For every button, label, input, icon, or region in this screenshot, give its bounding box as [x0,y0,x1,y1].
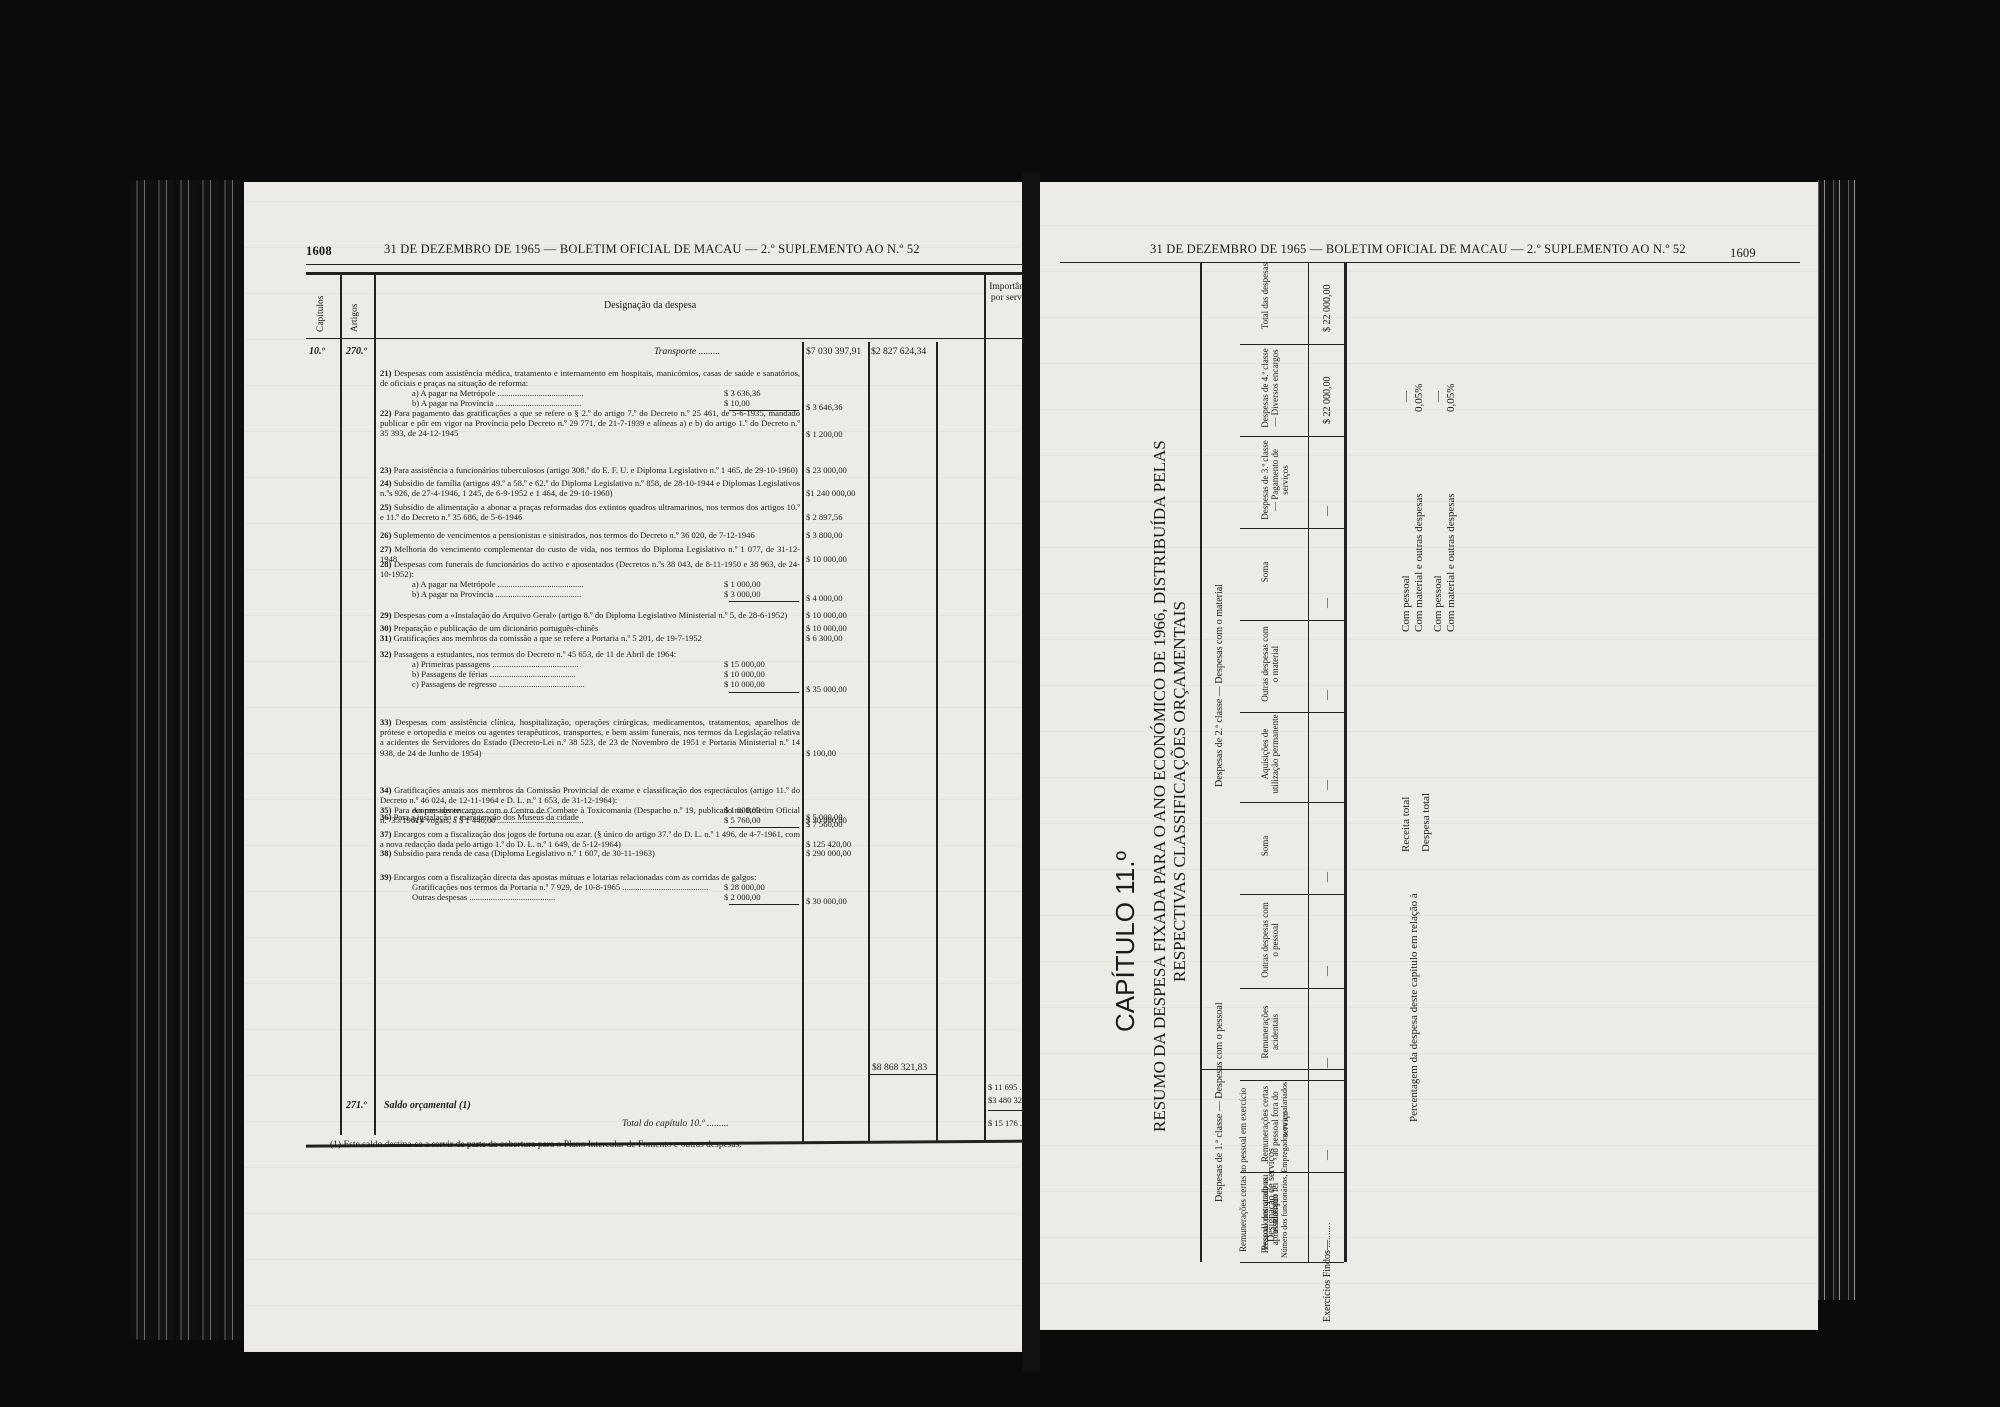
sub-item-label: b) A pagar na Província ................… [412,398,712,408]
entry-amount: $ 5 000,00 [806,812,843,822]
sub-item-value: $ 15 000,00 [724,659,765,669]
despesa-com-material: Com material e outras despesas [1445,493,1457,632]
entry-number: 33) [380,717,395,727]
entry-amount: $ 290 000,00 [806,848,851,858]
artigo-271: 271.º [346,1100,367,1111]
expense-entry: 22) Para pagamento das gratificações a q… [374,408,800,439]
sub-item-label: a) A pagar na Metrópole ................… [412,388,712,398]
column-header-numero: Número dos funcionários, Empregados ou a… [1280,1082,1289,1258]
footnote: (1) Este saldo destina-se a servir de pa… [330,1140,742,1150]
sub-item-value: $ 2 000,00 [724,892,761,902]
page-number-right: 1609 [1730,246,1756,261]
artigo-number: 270.º [346,346,367,357]
chapter-subtitle-line-2: RESPECTIVAS CLASSIFICAÇÕES ORÇAMENTAIS [1170,601,1190,982]
entry-number: 34) [380,785,394,795]
group-header-2a-classe: Despesas de 2.ª classe — Despesas com o … [1214,584,1225,787]
running-head-left: 31 DE DEZEMBRO DE 1965 — BOLETIM OFICIAL… [384,242,920,257]
column-header-designacao: Designação da despesa [604,300,696,311]
despesa-total-label: Despesa total [1420,793,1432,852]
summary-column-header: Soma [1260,806,1270,886]
entry-amount: $ 23 000,00 [806,465,847,475]
page-number-left: 1608 [306,244,332,259]
entry-amount: $ 10 000,00 [806,610,847,620]
transporte-value-2: $2 827 624,34 [871,346,926,357]
group-header-1a-classe: Despesas de 1.ª classe — Despesas com o … [1214,1002,1225,1202]
book-gutter [1022,172,1040,1372]
summary-cell-value: — [1322,780,1333,790]
entry-text: Encargos com a fiscalização directa das … [394,872,757,882]
entry-text: Para a instalação e manutenção dos Museu… [394,812,579,822]
entry-amount: $ 6 300,00 [806,633,843,643]
sub-item-label: b) Passagens de férias .................… [412,669,712,679]
entry-text: Gratificações aos membros da comissão a … [394,633,702,643]
summary-column-header: Total das despesas [1260,256,1270,336]
expense-entry: 29) Despesas com a «Instalação do Arquiv… [374,610,800,620]
despesa-pessoal-value: — [1432,391,1444,402]
entry-amount: $ 3 646,36 [806,402,843,412]
servicos-total: $ 11 695 ... [988,1082,1026,1092]
entry-text: Suplemento de vencimentos a pensionistas… [394,530,755,540]
percentagem-label: Percentagem da despesa deste capítulo em… [1408,893,1420,1122]
sub-item-label: c) Passagens de regresso ...............… [412,679,712,689]
subgroup-remuneracoes: Remunerações certas ao pessoal em exercí… [1238,1088,1248,1252]
sub-item-value: $ 10,00 [724,398,750,408]
summary-column-header: Outras despesas com o pessoal [1260,900,1280,980]
summary-cell-value: — [1322,872,1333,882]
receita-pessoal-value: — [1400,391,1412,402]
expense-entry: 32) Passagens a estudantes, nos termos d… [374,649,800,659]
expense-entry: 36) Para a instalação e manutenção dos M… [374,812,800,822]
summary-column-header: Soma [1260,532,1270,612]
sub-item-label: Gratificações nos termos da Portaria n.º… [412,882,712,892]
total-capitulo-value: $ 15 176 ... [988,1118,1026,1128]
summary-column-header: Despesas de 3.ª classe — Pagamento de se… [1260,440,1290,520]
summary-cell-value: $ 22 000,00 [1322,285,1333,333]
left-page: 1608 31 DE DEZEMBRO DE 1965 — BOLETIM OF… [244,182,1024,1352]
summary-cell-value: — [1322,506,1333,516]
entry-number: 28) [380,559,394,569]
entry-amount: $1 240 000,00 [806,488,855,498]
capitulo-number: 10.º [309,346,325,357]
entry-number: 38) [380,848,394,858]
summary-cell-value: — [1322,690,1333,700]
entry-amount: $ 3 800,00 [806,530,843,540]
expense-entry: 21) Despesas com assistência médica, tra… [374,368,800,388]
summary-column-header: Remunerações acidentais [1260,992,1280,1072]
entry-number: 29) [380,610,394,620]
sub-item-value: $ 28 000,00 [724,882,765,892]
entry-number: 23) [380,465,394,475]
entry-text: Encargos com a fiscalização dos jogos de… [380,829,800,849]
chapter-title: CAPÍTULO 11.º [1110,851,1141,1032]
expense-entry: 33) Despesas com assistência clínica, ho… [374,717,800,758]
sub-item-label: a) A pagar na Metrópole ................… [412,579,712,589]
entry-number: 30) [380,623,394,633]
receita-material-value: 0,05% [1413,384,1425,412]
transporte-value-1: $7 030 397,91 [806,346,861,357]
entry-amount: $ 2 897,56 [806,512,843,522]
entry-number: 37) [380,829,394,839]
right-page: 31 DE DEZEMBRO DE 1965 — BOLETIM OFICIAL… [1040,182,1818,1330]
entry-text: Despesas com a «Instalação do Arquivo Ge… [394,610,788,620]
sub-item-value: $ 3 636,36 [724,388,761,398]
sub-item-value: $ 3 000,00 [724,589,761,599]
entry-text: Subsídio para renda de casa (Diploma Leg… [394,848,655,858]
entry-number: 32) [380,649,394,659]
entry-number: 36) [380,812,394,822]
expense-entry: 23) Para assistência a funcionários tube… [374,465,800,475]
expense-entry: 39) Encargos com a fiscalização directa … [374,872,800,882]
expense-entry: 38) Subsídio para renda de casa (Diploma… [374,848,800,858]
transporte-label: Transporte ......... [654,346,720,357]
column-header-designacao-servicos: Designação de serviços [1266,1148,1277,1242]
entry-text: Para assistência a funcionários tubercul… [394,465,798,475]
entry-number: 31) [380,633,394,643]
entry-amount: $ 4 000,00 [806,593,843,603]
row-exercicios-findos: Exercícios Findos .......... [1322,1223,1333,1322]
book-page-edges-left [130,180,245,1340]
entry-text: Subsídio de família (artigos 49.º a 58.º… [380,478,800,498]
sub-item-value: $ 1 000,00 [724,579,761,589]
entry-amount: $ 30 000,00 [806,896,847,906]
entry-number: 22) [380,408,394,418]
receita-com-material: Com material e outras despesas [1413,493,1425,632]
despesa-com-pessoal: Com pessoal [1432,575,1444,632]
entry-number: 26) [380,530,394,540]
summary-cell-value: — [1322,598,1333,608]
summary-cell-value: — [1322,1150,1333,1160]
entry-number: 21) [380,368,394,378]
sub-item-label: a) Primeiras passagens .................… [412,659,712,669]
sub-item-label: Outras despesas ........................… [412,892,712,902]
summary-cell-value: — [1322,966,1333,976]
despesa-material-value: 0,05% [1445,384,1457,412]
summary-column-header: Aquisições de utilização permanente [1260,714,1280,794]
entry-number: 24) [380,478,394,488]
entry-number: 25) [380,502,394,512]
expense-entry: 26) Suplemento de vencimentos a pensioni… [374,530,800,540]
book-page-edges-right [1814,180,1856,1300]
artigo-270-total: $8 868 321,83 [872,1062,927,1073]
receita-total-label: Receita total [1400,797,1412,852]
saldo-orcamental-label: Saldo orçamental (1) [384,1100,471,1111]
summary-column-header: Despesas de 4.ª classe — Diversos encarg… [1260,348,1280,428]
entry-number: 39) [380,872,394,882]
sub-item-value: $ 10 000,00 [724,669,765,679]
summary-cell-value: $ 22 000,00 [1322,377,1333,425]
entry-text: Subsídio de alimentação a abonar a praça… [380,502,800,522]
column-header-capitulos: Capítulos [316,296,326,332]
expense-entry: 31) Gratificações aos membros da comissã… [374,633,800,643]
entry-text: Despesas com assistência clínica, hospit… [380,717,800,758]
entry-amount: $ 35 000,00 [806,684,847,694]
expense-entry: 28) Despesas com funerais de funcionário… [374,559,800,579]
entry-text: Preparação e publicação de um dicionário… [394,623,599,633]
expense-entry: 25) Subsídio de alimentação a abonar a p… [374,502,800,522]
receita-com-pessoal: Com pessoal [1400,575,1412,632]
entry-text: Despesas com assistência médica, tratame… [380,368,800,388]
expense-entry: 30) Preparação e publicação de um dicion… [374,623,800,633]
sub-item-label: b) A pagar na Província ................… [412,589,712,599]
entry-amount: $ 100,00 [806,748,836,758]
expense-entry: 24) Subsídio de família (artigos 49.º a … [374,478,800,498]
total-capitulo-label: Total do capítulo 10.º ......... [622,1118,729,1129]
entry-amount: $ 10 000,00 [806,554,847,564]
entry-amount: $ 10 000,00 [806,623,847,633]
chapter-subtitle-line-1: RESUMO DA DESPESA FIXADA PARA O ANO ECON… [1150,440,1170,1132]
summary-cell-value: — [1322,1058,1333,1068]
expense-entry: 37) Encargos com a fiscalização dos jogo… [374,829,800,849]
entry-text: Para pagamento das gratificações a que s… [380,408,800,438]
sub-item-value: $ 10 000,00 [724,679,765,689]
column-header-artigos: Artigos [350,304,360,333]
summary-column-header: Outras despesas com o material [1260,624,1280,704]
expense-entry: 34) Gratificações anuais aos membros da … [374,785,800,805]
entry-amount: $ 1 200,00 [806,429,843,439]
entry-text: Despesas com funerais de funcionários do… [380,559,800,579]
entry-text: Gratificações anuais aos membros da Comi… [380,785,800,805]
running-head-right: 31 DE DEZEMBRO DE 1965 — BOLETIM OFICIAL… [1150,242,1686,257]
entry-text: Passagens a estudantes, nos termos do De… [394,649,677,659]
entry-number: 27) [380,544,395,554]
